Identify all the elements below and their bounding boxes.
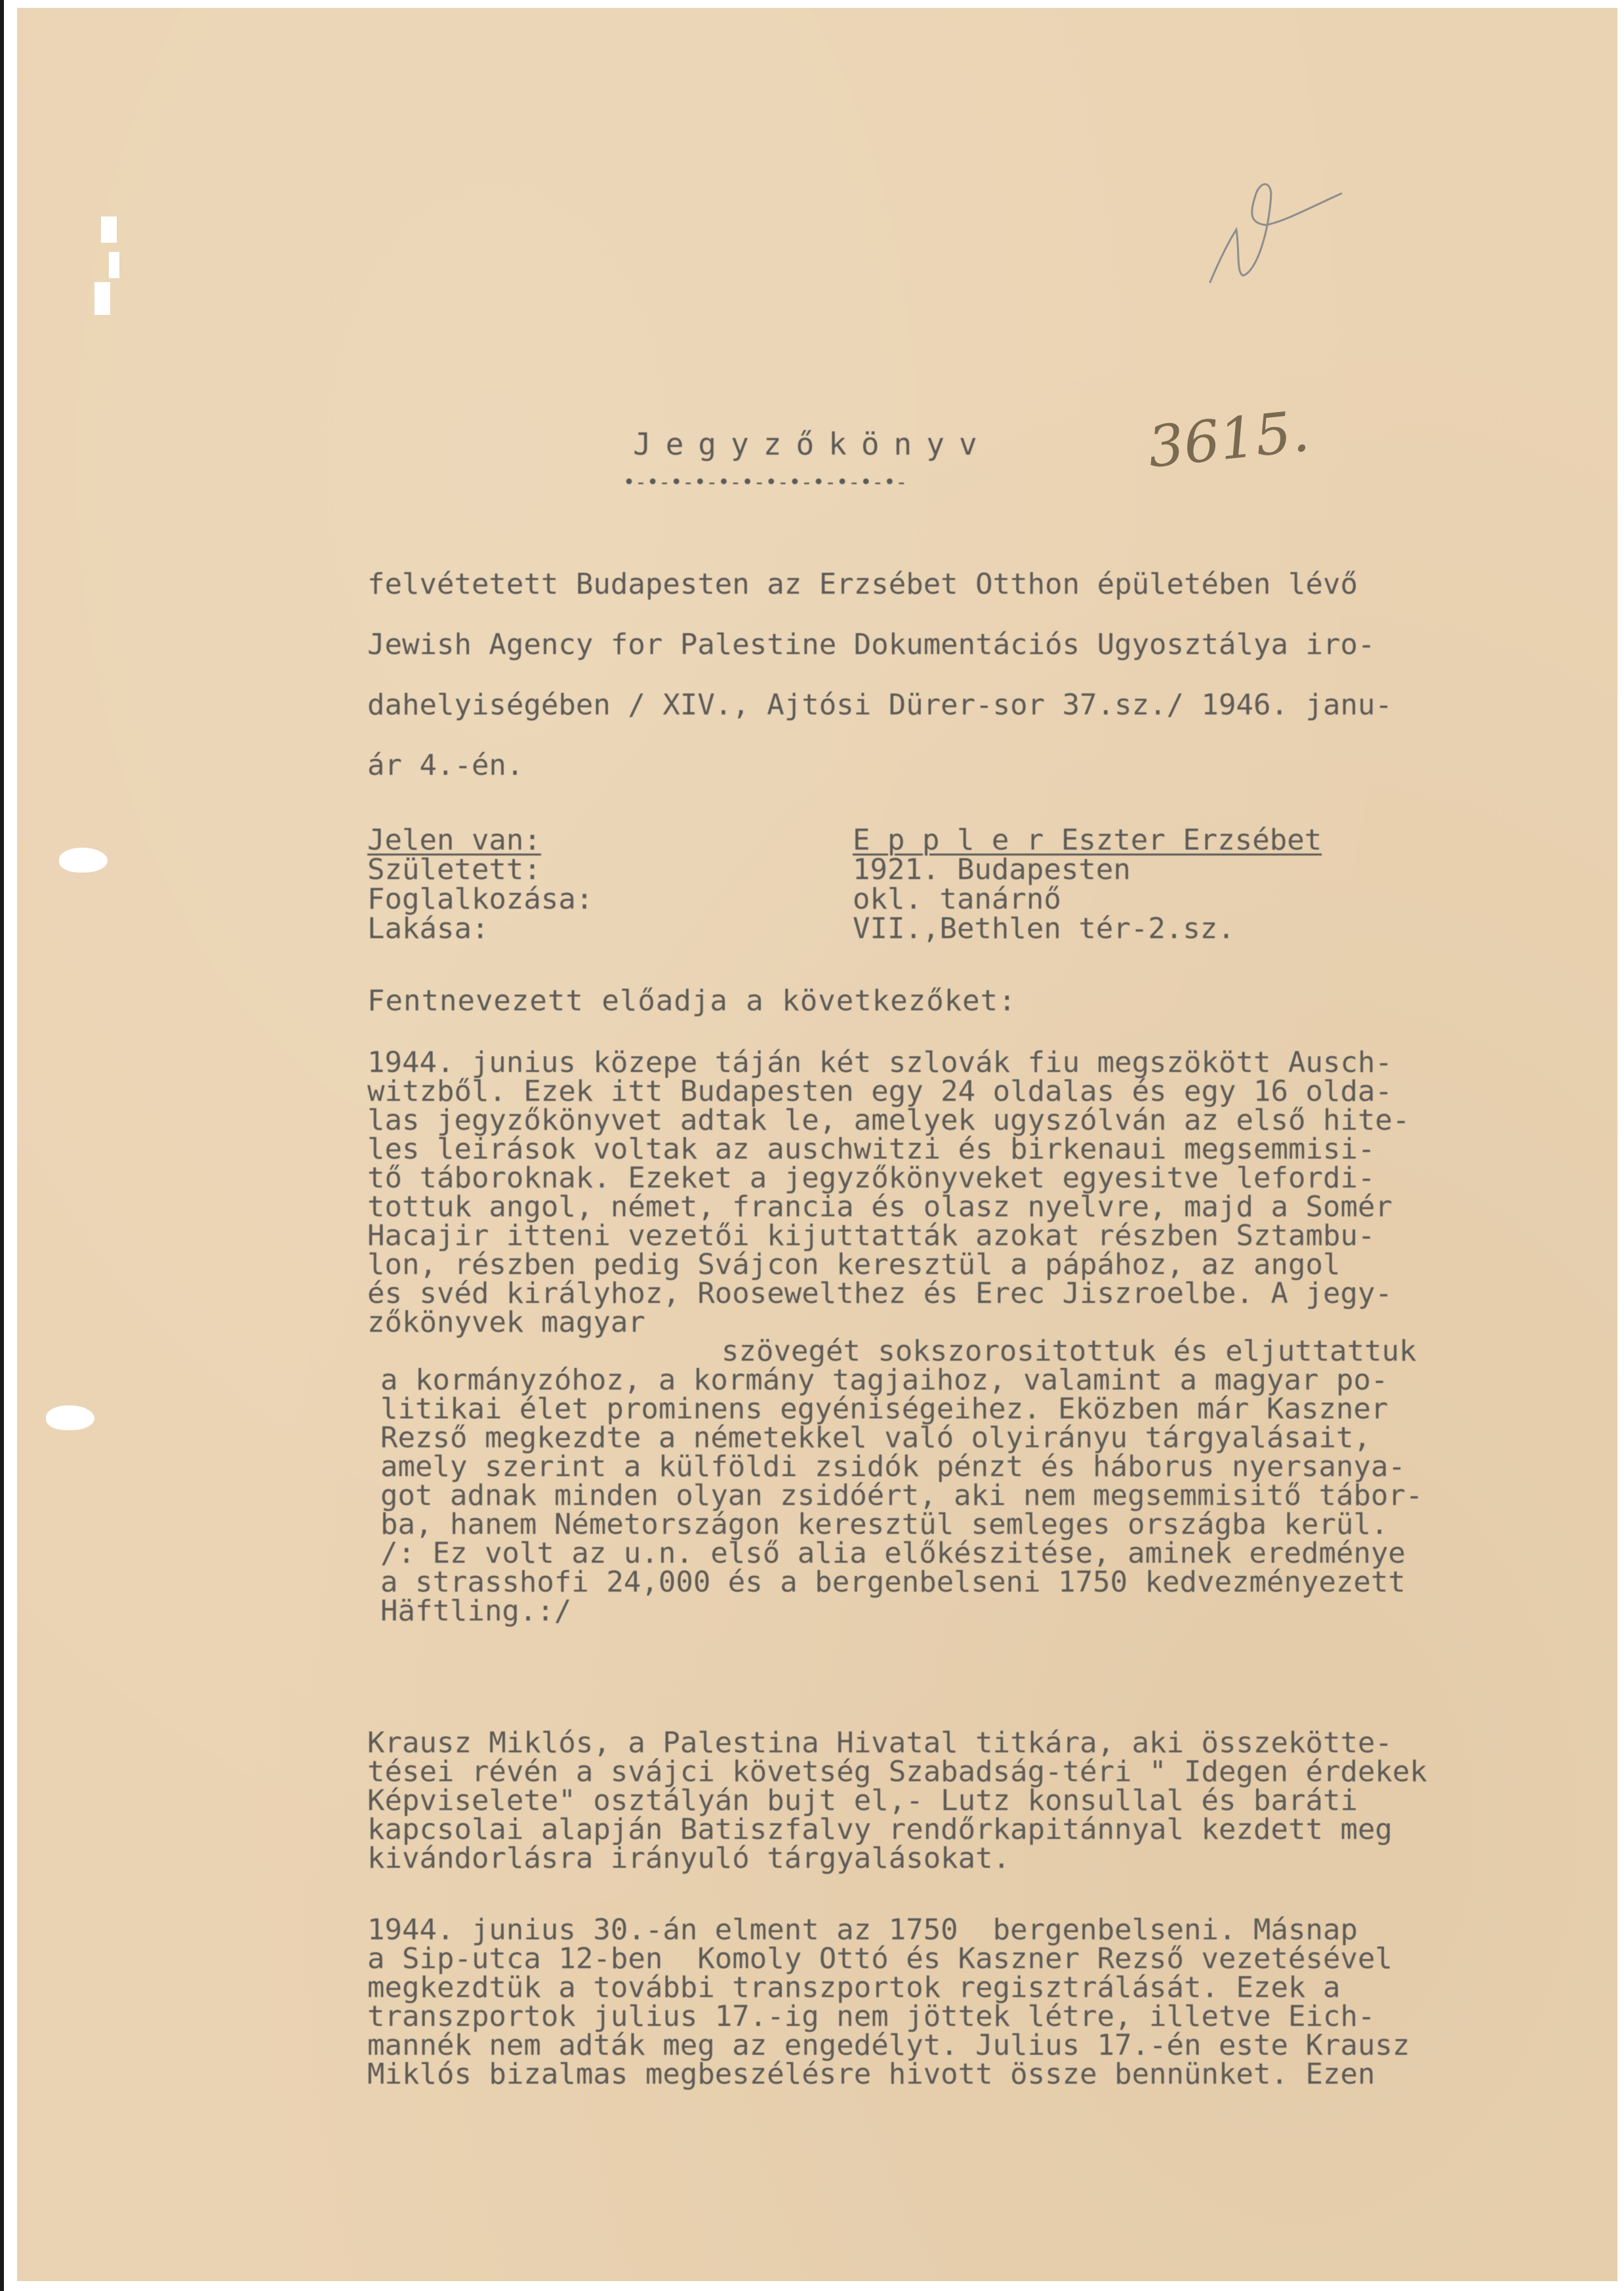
text-line: a kormányzóhoz, a kormány tagjaihoz, val…: [367, 1366, 1423, 1395]
paragraph-3: 1944. junius 30.-án elment az 1750 berge…: [367, 1916, 1410, 2089]
witness-name: E p p l e r Eszter Erzsébet: [853, 825, 1322, 855]
text-line: 1944. junius közepe táján két szlovák fi…: [367, 1048, 1423, 1077]
torn-staple-hole: [94, 282, 110, 315]
text-line: amely szerint a külföldi zsidók pénzt és…: [367, 1453, 1423, 1481]
field-label: Foglalkozása:: [367, 884, 853, 914]
text-line: transzportok julius 17.-ig nem jöttek lé…: [367, 2002, 1410, 2031]
text-line: kivándorlásra irányuló tárgyalásokat.: [367, 1844, 1427, 1873]
field-value: 1921. Budapesten: [853, 855, 1131, 884]
text-line: Képviselete" osztályán bujt el,- Lutz ko…: [367, 1786, 1427, 1815]
title-underline: •-•-•-•-•-•-•-•-•-•-•-•-: [623, 471, 907, 494]
intro-line: felvétetett Budapesten az Erzsébet Ottho…: [367, 554, 1392, 615]
text-line: tő táboroknak. Ezeket a jegyzőkönyveket …: [367, 1164, 1423, 1193]
text-line: got adnak minden olyan zsidóért, aki nem…: [367, 1481, 1423, 1510]
field-present: Jelen van: E p p l e r Eszter Erzsébet: [367, 825, 1322, 855]
field-occupation: Foglalkozása: okl. tanárnő: [367, 884, 1322, 914]
intro-line: dahelyiségében / XIV., Ajtósi Dürer-sor …: [367, 675, 1392, 735]
text-line: zőkönyvek magyar: [367, 1308, 1423, 1337]
intro-line: Jewish Agency for Palestine Dokumentáció…: [367, 615, 1392, 675]
text-line: a strasshofi 24,000 és a bergenbelseni 1…: [367, 1568, 1423, 1597]
text-line: és svéd királyhoz, Roosewelthez és Erec …: [367, 1279, 1423, 1308]
intro-line: ár 4.-én.: [367, 735, 1392, 796]
text-line: szövegét sokszorositottuk és eljuttattuk: [367, 1337, 1423, 1366]
statement-intro: Fentnevezett előadja a következőket:: [367, 984, 1017, 1018]
field-label: Jelen van:: [367, 825, 853, 855]
punch-hole: [46, 1405, 94, 1430]
torn-staple-hole: [101, 217, 117, 243]
text-line: witzből. Ezek itt Budapesten egy 24 olda…: [367, 1077, 1423, 1106]
field-address: Lakása: VII.,Bethlen tér-2.sz.: [367, 914, 1322, 943]
punch-hole: [59, 848, 108, 873]
paragraph-1: 1944. junius közepe táján két szlovák fi…: [367, 1048, 1423, 1626]
text-line: Rezső megkezdte a németekkel való olyirá…: [367, 1424, 1423, 1453]
text-line: ba, hanem Németországon keresztül semleg…: [367, 1510, 1423, 1539]
pencil-mark-icon: [1200, 167, 1345, 299]
text-line: tottuk angol, német, francia és olasz ny…: [367, 1193, 1423, 1222]
text-line: Krausz Miklós, a Palestina Hivatal titká…: [367, 1729, 1427, 1758]
text-line: les leirások voltak az auschwitzi és bir…: [367, 1135, 1423, 1164]
intro-paragraph: felvétetett Budapesten az Erzsébet Ottho…: [367, 554, 1392, 796]
paragraph-2: Krausz Miklós, a Palestina Hivatal titká…: [367, 1729, 1427, 1873]
field-born: Született: 1921. Budapesten: [367, 855, 1322, 884]
field-label: Született:: [367, 855, 853, 884]
document-title: Jegyzőkönyv: [633, 426, 992, 462]
text-line: Hacajir itteni vezetői kijuttatták azoka…: [367, 1222, 1423, 1250]
text-line: tései révén a svájci követség Szabadság-…: [367, 1758, 1427, 1786]
field-value: VII.,Bethlen tér-2.sz.: [853, 914, 1235, 943]
text-line: litikai élet prominens egyéniségeihez. E…: [367, 1395, 1423, 1424]
field-value: okl. tanárnő: [853, 884, 1061, 914]
scanner-edge: [0, 0, 4, 2291]
text-line: Häftling.:/: [367, 1597, 1423, 1626]
text-line: /: Ez volt az u.n. első alia előkészités…: [367, 1539, 1423, 1568]
text-line: a Sip-utca 12-ben Komoly Ottó és Kaszner…: [367, 1945, 1410, 1973]
text-line: las jegyzőkönyvet adtak le, amelyek ugys…: [367, 1106, 1423, 1135]
text-line: lon, részben pedig Svájcon keresztül a p…: [367, 1250, 1423, 1279]
text-line: kapcsolai alapján Batiszfalvy rendőrkapi…: [367, 1815, 1427, 1844]
text-line: 1944. junius 30.-án elment az 1750 berge…: [367, 1916, 1410, 1945]
text-line: megkezdtük a további transzportok regisz…: [367, 1973, 1410, 2002]
field-label: Lakása:: [367, 914, 853, 943]
text-line: Miklós bizalmas megbeszélésre hivott öss…: [367, 2060, 1410, 2089]
torn-staple-hole: [109, 252, 119, 278]
personal-details: Jelen van: E p p l e r Eszter Erzsébet S…: [367, 825, 1322, 943]
text-line: mannék nem adták meg az engedélyt. Juliu…: [367, 2031, 1410, 2060]
